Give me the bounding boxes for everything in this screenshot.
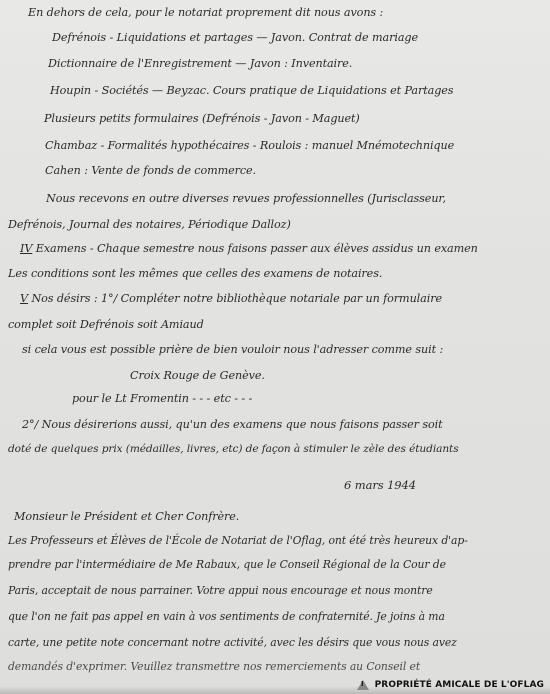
letter-body-line: carte, une petite note concernant notre … [8, 636, 457, 649]
section-iv-line: Les conditions sont les mêmes que celles… [8, 267, 382, 280]
letter-body-line: que l'on ne fait pas appel en vain à vos… [8, 610, 445, 623]
letter-body-line: prendre par l'intermédiaire de Me Rabaux… [8, 558, 446, 571]
section-v-line: 2°/ Nous désirerions aussi, qu'un des ex… [22, 418, 443, 431]
watermark-text: PROPRIÉTÉ AMICALE DE L'OFLAG [375, 680, 544, 690]
reviews-line: Nous recevons en outre diverses revues p… [46, 192, 446, 205]
section-iv-line: IV Examens - Chaque semestre nous faison… [20, 242, 478, 255]
book-line: Chambaz - Formalités hypothécaires - Rou… [45, 139, 454, 152]
letter-date: 6 mars 1944 [344, 478, 416, 492]
address-line: pour le Lt Fromentin - - - etc - - - [72, 392, 252, 405]
warning-icon [357, 680, 369, 690]
section-iv-text: Examens - Chaque semestre nous faisons p… [32, 242, 477, 255]
book-line: Plusieurs petits formulaires (Defrénois … [44, 112, 360, 125]
section-v-line: doté de quelques prix (médailles, livres… [8, 443, 459, 455]
section-v-line: complet soit Defrénois soit Amiaud [8, 318, 204, 331]
intro-line: En dehors de cela, pour le notariat prop… [28, 6, 383, 19]
letter-body-line: Paris, acceptait de nous parrainer. Votr… [8, 584, 433, 597]
handwritten-letter-page: En dehors de cela, pour le notariat prop… [0, 0, 550, 694]
letter-body-line: demandés d'exprimer. Veuillez transmettr… [8, 660, 420, 673]
section-v-line: si cela vous est possible prière de bien… [22, 343, 443, 356]
watermark: PROPRIÉTÉ AMICALE DE L'OFLAG [357, 680, 544, 690]
book-line: Dictionnaire de l'Enregistrement — Javon… [48, 57, 352, 70]
section-v-line: V Nos désirs : 1°/ Compléter notre bibli… [20, 292, 442, 305]
section-v-text: Nos désirs : 1°/ Compléter notre bibliot… [28, 292, 442, 305]
book-line: Houpin - Sociétés — Beyzac. Cours pratiq… [50, 84, 453, 97]
section-iv-numeral: IV [20, 242, 32, 255]
letter-salutation: Monsieur le Président et Cher Confrère. [14, 510, 239, 523]
address-line: Croix Rouge de Genève. [130, 369, 265, 382]
section-v-numeral: V [20, 292, 28, 305]
reviews-line: Defrénois, Journal des notaires, Périodi… [8, 218, 291, 231]
book-line: Cahen : Vente de fonds de commerce. [45, 164, 256, 177]
book-line: Defrénois - Liquidations et partages — J… [52, 31, 418, 44]
letter-body-line: Les Professeurs et Élèves de l'École de … [8, 534, 468, 547]
